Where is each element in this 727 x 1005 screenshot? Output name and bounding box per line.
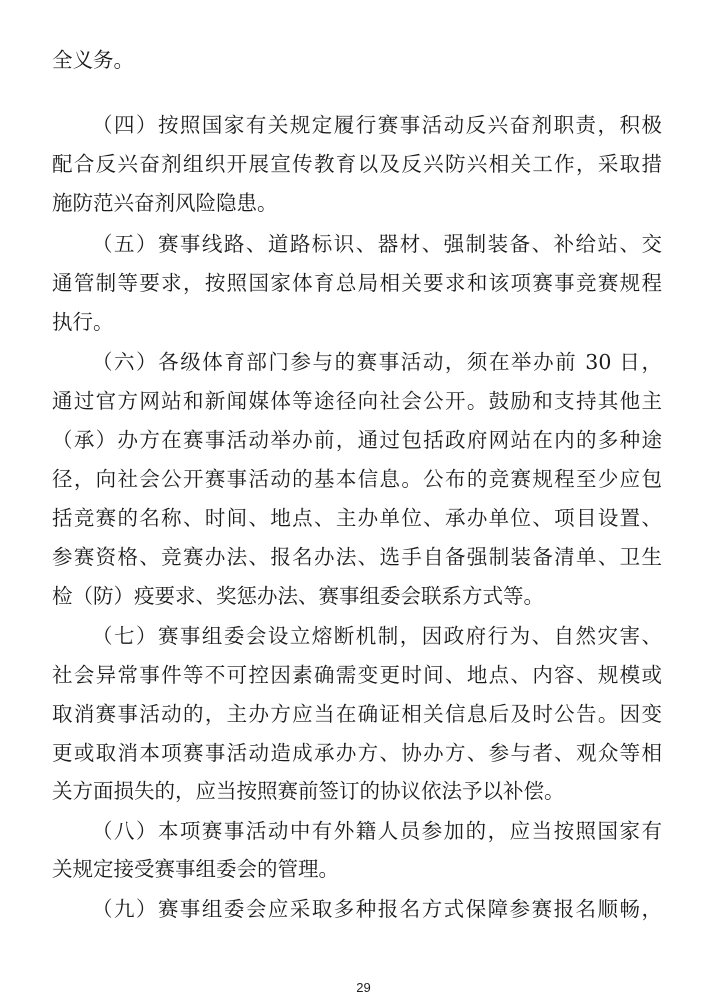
text-line: 检（防）疫要求、奖惩办法、赛事组委会联系方式等。 <box>52 581 662 611</box>
text-line: 参赛资格、竞赛办法、报名办法、选手自备强制装备清单、卫生 <box>52 542 662 572</box>
text-line: 径，向社会公开赛事活动的基本信息。公布的竞赛规程至少应包 <box>52 464 662 494</box>
text-line: 括竞赛的名称、时间、地点、主办单位、承办单位、项目设置、 <box>52 503 662 533</box>
paragraph-8-line: （八）本项赛事活动中有外籍人员参加的，应当按照国家有 <box>92 816 662 846</box>
document-page: 全义务。 （四）按照国家有关规定履行赛事活动反兴奋剂职责，积极 配合反兴奋剂组织… <box>0 0 727 1005</box>
paragraph-6-line: （六）各级体育部门参与的赛事活动，须在举办前 30 日， <box>92 347 662 377</box>
paragraph-7-line: （七）赛事组委会设立熔断机制，因政府行为、自然灾害、 <box>92 621 662 651</box>
paragraph-4-line: （四）按照国家有关规定履行赛事活动反兴奋剂职责，积极 <box>92 110 662 140</box>
text-line: 通管制等要求，按照国家体育总局相关要求和该项赛事竞赛规程 <box>52 268 662 298</box>
paragraph-9-line: （九）赛事组委会应采取多种报名方式保障参赛报名顺畅， <box>92 894 662 924</box>
text-line: （承）办方在赛事活动举办前，通过包括政府网站在内的多种途 <box>52 425 662 455</box>
text-line: 执行。 <box>52 307 662 337</box>
text-line: 配合反兴奋剂组织开展宣传教育以及反兴防兴相关工作，采取措 <box>52 149 662 179</box>
text-line: 取消赛事活动的，主办方应当在确证相关信息后及时公告。因变 <box>52 699 662 729</box>
text-line: 社会异常事件等不可控因素确需变更时间、地点、内容、规模或 <box>52 660 662 690</box>
text-line: 全义务。 <box>52 45 662 75</box>
text-line: 关方面损失的，应当按照赛前签订的协议依法予以补偿。 <box>52 776 662 806</box>
text-line: 更或取消本项赛事活动造成承办方、协办方、参与者、观众等相 <box>52 738 662 768</box>
text-line: 通过官方网站和新闻媒体等途径向社会公开。鼓励和支持其他主 <box>52 386 662 416</box>
paragraph-5-line: （五）赛事线路、道路标识、器材、强制装备、补给站、交 <box>92 229 662 259</box>
text-line: 施防范兴奋剂风险隐患。 <box>52 188 662 218</box>
text-line: 关规定接受赛事组委会的管理。 <box>52 854 662 884</box>
page-number: 29 <box>0 980 727 995</box>
